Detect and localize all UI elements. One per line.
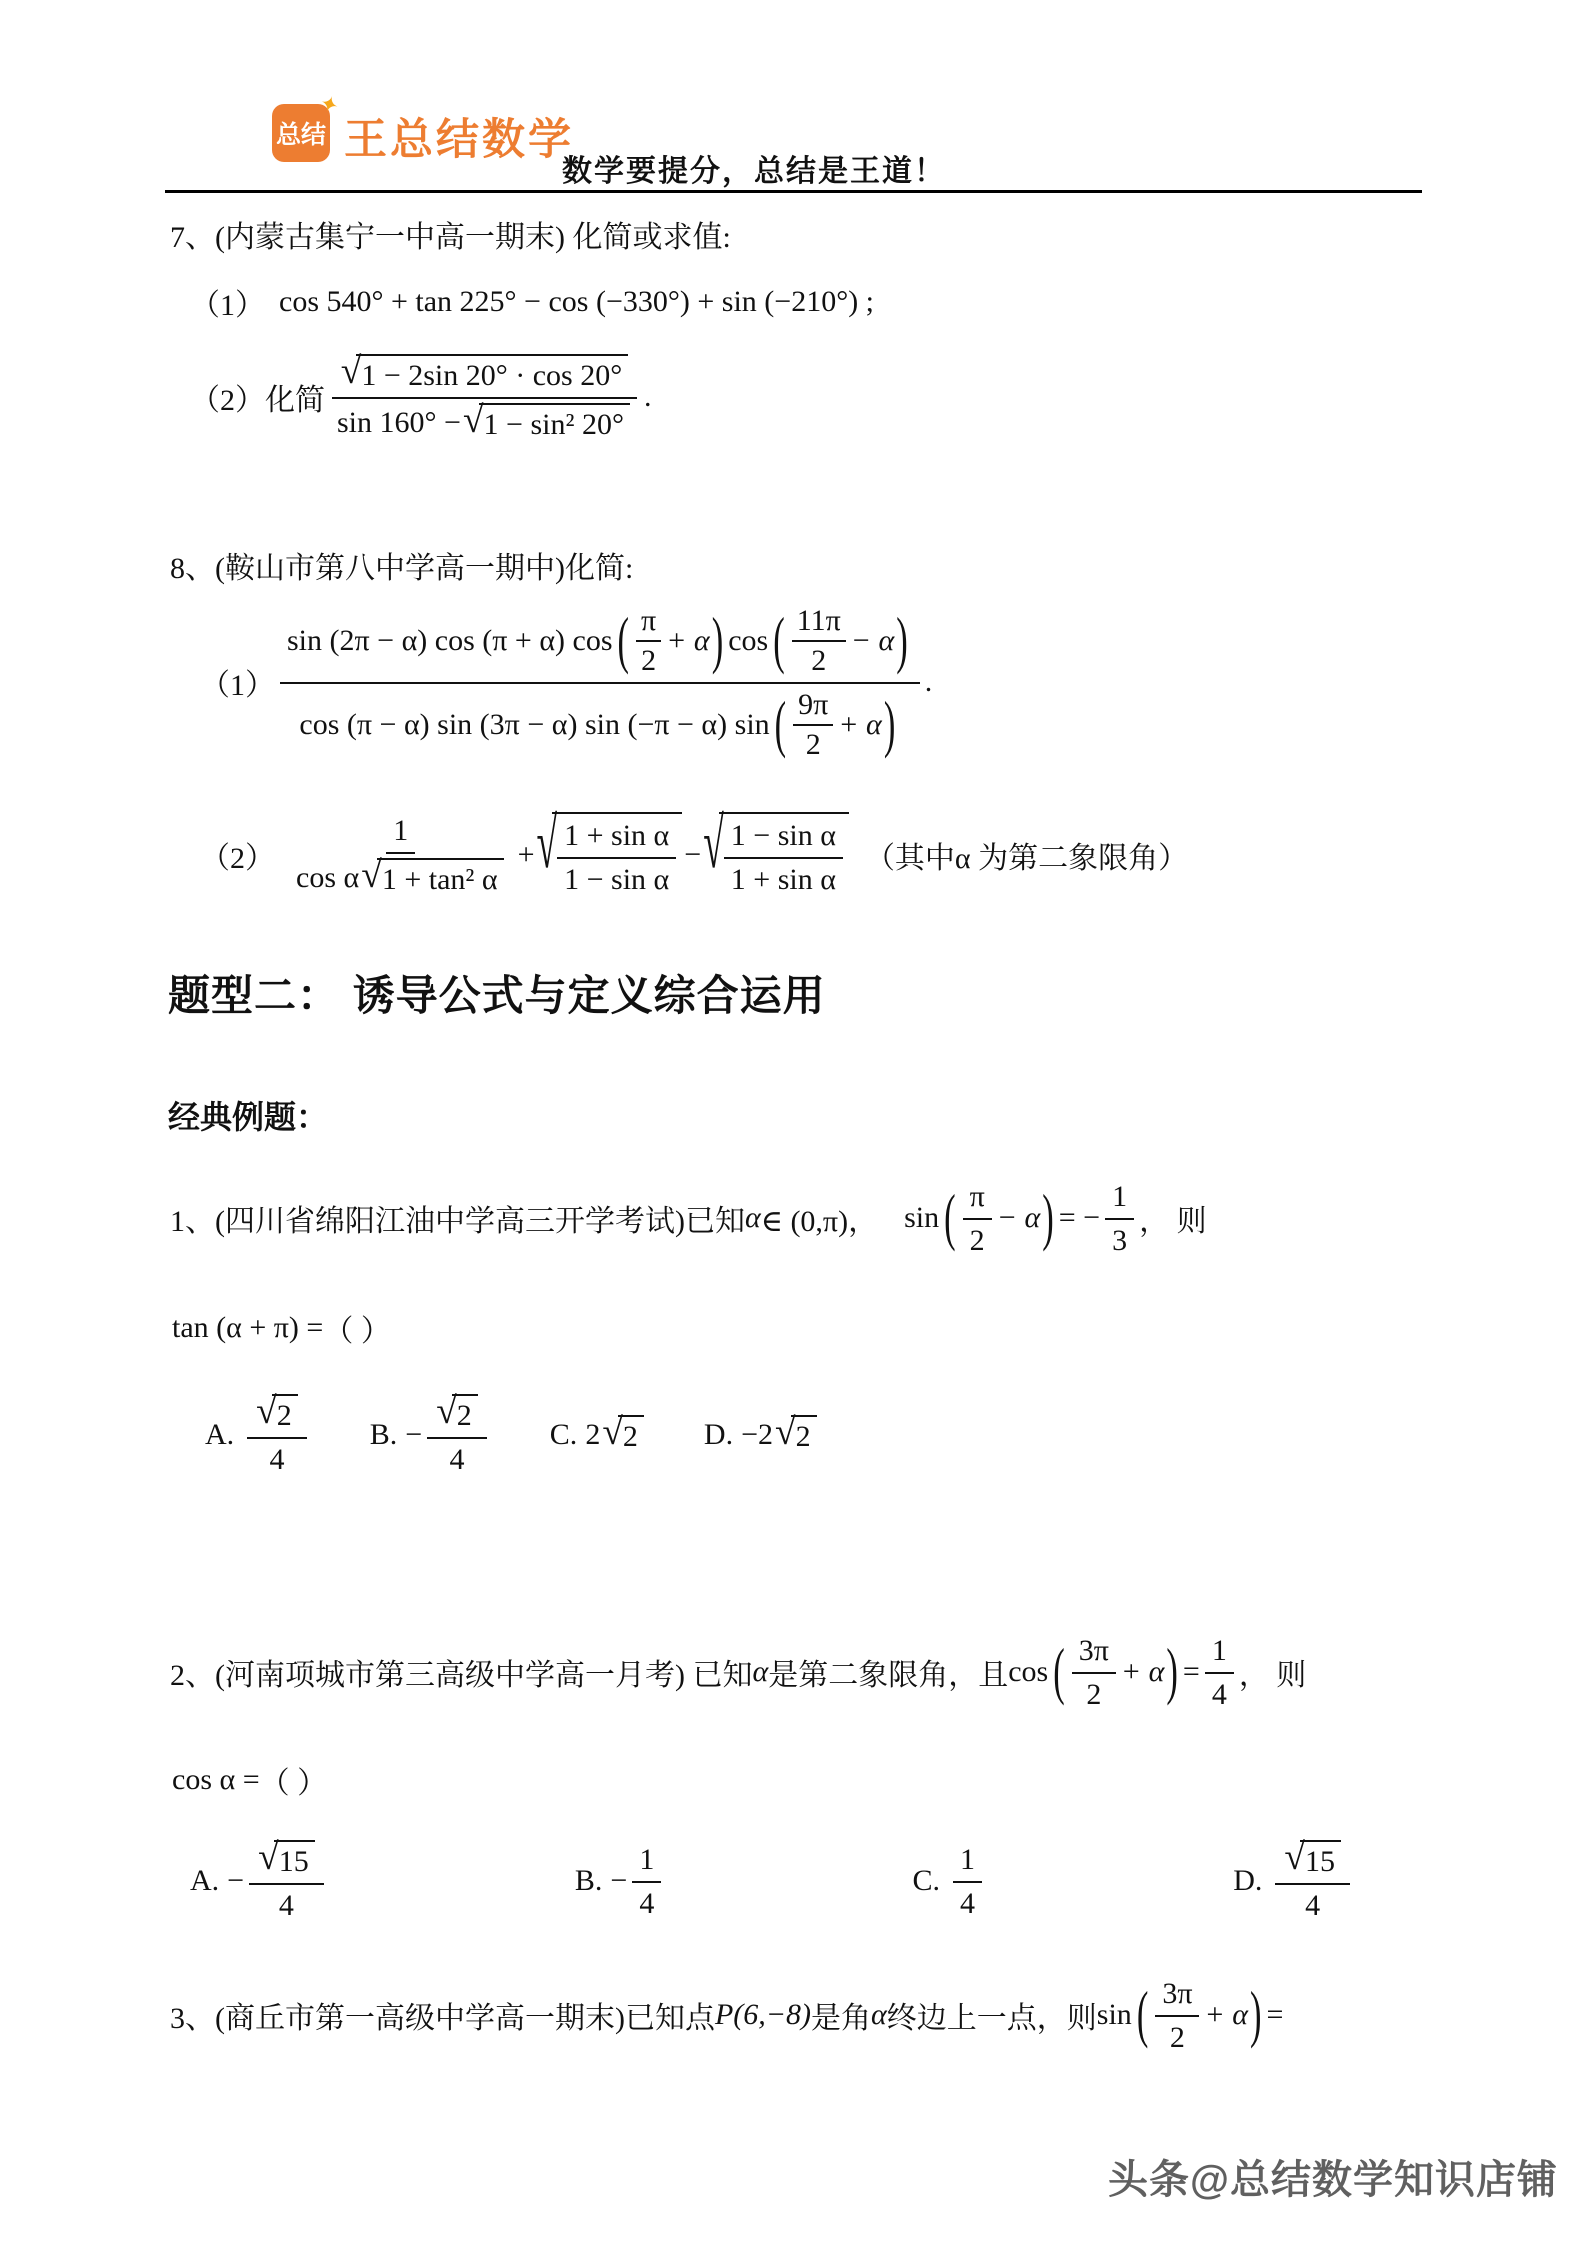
q2-optC-num: 1 — [953, 1841, 982, 1883]
q3-alpha: α — [871, 1998, 887, 2032]
q8-p1-den-pre: cos (π − α) sin (3π − α) sin (−π − α) si… — [299, 708, 769, 742]
q1-eq: = − — [1059, 1201, 1100, 1235]
q2-optD-den: 4 — [1298, 1885, 1327, 1923]
header-rule — [165, 190, 1422, 193]
right-paren: ) — [894, 609, 910, 673]
q1-alpha: α — [745, 1201, 761, 1235]
q8-p2-note: （其中α 为第二象限角） — [865, 833, 1188, 877]
q7-p2-den-radicand: 1 − sin² 20° — [479, 403, 630, 442]
q2-answer-blank: （ ） — [260, 1758, 328, 1802]
q8-t3-num: 1 − sin α — [724, 817, 843, 859]
right-paren: ) — [882, 693, 898, 757]
crown-icon: ✦ — [316, 90, 342, 120]
q2-optA-den: 4 — [272, 1885, 301, 1923]
q1-then: ， 则 — [1139, 1196, 1207, 1240]
q1-line2: tan (α + π) = （ ） — [172, 1306, 391, 1350]
q7-part2: （2）化简 √ 1 − 2sin 20° · cos 20° sin 160° … — [190, 352, 651, 442]
q3-paren-group: ( 3π 2 + α ) — [1135, 1975, 1264, 2055]
q2-optA-label: A. — [190, 1864, 219, 1898]
q8-f2-num: 11π — [792, 604, 846, 642]
header-slogan: 数学要提分，总结是王道！ — [562, 146, 946, 190]
q8-p1-numerator: sin (2π − α) cos (π + α) cos ( π 2 + α )… — [280, 602, 920, 684]
q1-optD-label: D. — [704, 1418, 733, 1452]
q3-f-num: 3π — [1155, 1975, 1199, 2017]
q8-p1-num-mid: cos — [728, 624, 768, 658]
q3-mid: 是角 — [811, 1993, 871, 2037]
q2-option-b: B. − 1 4 — [575, 1841, 666, 1921]
q3-eq: = — [1266, 1998, 1283, 2032]
q3-tail: 终边上一点，则 — [887, 1993, 1097, 2037]
right-paren: ) — [710, 609, 726, 673]
q8-p1-fraction: sin (2π − α) cos (π + α) cos ( π 2 + α )… — [280, 602, 920, 762]
q2-f1-den: 2 — [1079, 1674, 1108, 1712]
q1-f2-num: 1 — [1105, 1178, 1134, 1220]
q8-f1-tail: + α — [666, 624, 710, 658]
q8-f3-den: 2 — [801, 726, 826, 762]
q2-intro: 2、(河南项城市第三高级中学高一月考) 已知 — [170, 1650, 752, 1694]
q2-cos: cos — [1008, 1655, 1048, 1689]
q1-optA-den: 4 — [262, 1439, 291, 1477]
q7-title-text: 7、(内蒙古集宁一中高一期末) 化简或求值: — [170, 212, 731, 256]
q2-option-a: A. − √15 4 — [190, 1838, 329, 1923]
q2-options: A. − √15 4 B. − 1 4 C. 1 4 D. — [190, 1838, 1355, 1923]
left-paren: ( — [616, 609, 632, 673]
q2-eq: = — [1183, 1655, 1200, 1689]
q1-line2-fn: tan (α + π) = — [172, 1311, 323, 1345]
logo-badge: ✦ 总结 — [272, 104, 330, 162]
q2-f2-den: 4 — [1205, 1674, 1234, 1712]
q8-part1: （1） sin (2π − α) cos (π + α) cos ( π 2 +… — [200, 602, 932, 762]
logo-name: 王总结数学 — [344, 106, 574, 167]
q8-p1-paren-group-2: ( 11π 2 − α ) — [771, 604, 910, 678]
left-paren: ( — [942, 1186, 958, 1250]
section-subheading: 经典例题： — [168, 1092, 328, 1138]
q1-optD-pre: −2 — [741, 1418, 773, 1452]
q8-f3-tail: + α — [838, 708, 882, 742]
q3-sin: sin — [1097, 1998, 1132, 2032]
q1-inset: ∈ (0,π)， — [761, 1196, 878, 1240]
q1-optA-radicand: 2 — [272, 1394, 298, 1433]
q8-f1-den: 2 — [636, 642, 661, 678]
q3-f-den: 2 — [1163, 2017, 1192, 2055]
q1-option-c: C. 2 √2 — [550, 1415, 646, 1454]
q2-optB-minus: − — [610, 1864, 627, 1898]
q7-p2-sqrt-numerator: √ 1 − 2sin 20° · cos 20° — [341, 354, 629, 393]
q2-optD-label: D. — [1233, 1864, 1262, 1898]
q1-line1: 1、(四川省绵阳江油中学高三开学考试)已知 α ∈ (0,π)， sin ( π… — [170, 1178, 1207, 1258]
q8-t2-num: 1 + sin α — [557, 817, 676, 859]
q7-p2-num-radicand: 1 − 2sin 20° · cos 20° — [356, 354, 628, 393]
q1-value-frac: 1 3 — [1105, 1178, 1134, 1258]
q8-f2-tail: − α — [851, 624, 895, 658]
q8-t3-den: 1 + sin α — [724, 859, 843, 897]
q7-p2-den-pre: sin 160° − — [337, 406, 461, 440]
section-heading: 题型二： 诱导公式与定义综合运用 — [168, 963, 826, 1023]
q7-p1-label: （1） — [190, 280, 265, 324]
q8-t1-num: 1 — [386, 812, 415, 854]
q7-p2-period: . — [644, 380, 652, 414]
q1-optC-radicand: 2 — [618, 1415, 644, 1454]
q7-title: 7、(内蒙古集宁一中高一期末) 化简或求值: — [170, 212, 731, 256]
q8-t2-den: 1 − sin α — [557, 859, 676, 897]
q2-line2: cos α = （ ） — [172, 1758, 327, 1802]
left-paren: ( — [1135, 1983, 1151, 2047]
q8-p2-term3: √ 1 − sin α 1 + sin α — [703, 812, 849, 897]
q2-value-frac: 1 4 — [1205, 1632, 1234, 1712]
left-paren: ( — [773, 693, 789, 757]
q8-f1-num: π — [636, 604, 661, 642]
q1-f1-tail: − α — [997, 1201, 1041, 1235]
q3-f-tail: + α — [1204, 1998, 1248, 2032]
q8-p1-paren-group-1: ( π 2 + α ) — [616, 604, 726, 678]
q1-optB-den: 4 — [443, 1439, 472, 1477]
q1-f2-den: 3 — [1105, 1220, 1134, 1258]
q1-option-b: B. − √2 4 — [370, 1392, 492, 1477]
q2-optC-label: C. — [913, 1864, 941, 1898]
q7-p2-fraction: √ 1 − 2sin 20° · cos 20° sin 160° − √ 1 … — [330, 352, 639, 442]
q8-p1-label: （1） — [200, 660, 275, 704]
q3-line: 3、(商丘市第一高级中学高一期末)已知点 P(6,−8) 是角 α 终边上一点，… — [170, 1975, 1283, 2055]
left-paren: ( — [1051, 1640, 1067, 1704]
q1-optD-radicand: 2 — [791, 1415, 817, 1454]
q8-t1-radicand: 1 + tan² α — [377, 858, 504, 897]
q2-optA-radicand: 15 — [274, 1840, 315, 1879]
q8-p2-term1: 1 cos α √ 1 + tan² α — [289, 812, 513, 897]
q1-optC-pre: 2 — [585, 1418, 600, 1452]
q8-p1-denominator: cos (π − α) sin (3π − α) sin (−π − α) si… — [292, 684, 907, 762]
q8-title: 8、(鞍山市第八中学高一期中)化简: — [170, 543, 633, 587]
q2-optB-num: 1 — [632, 1841, 661, 1883]
q8-t1-den: cos α √ 1 + tan² α — [289, 854, 513, 897]
q1-f1-num: π — [963, 1178, 992, 1220]
left-paren: ( — [771, 609, 787, 673]
q8-t1-den-pre: cos α — [296, 861, 359, 895]
q2-line2-fn: cos α = — [172, 1763, 260, 1797]
q1-optC-label: C. — [550, 1418, 578, 1452]
q8-p2-term2: √ 1 + sin α 1 − sin α — [537, 812, 683, 897]
q2-paren-group: ( 3π 2 + α ) — [1051, 1632, 1180, 1712]
q8-title-text: 8、(鞍山市第八中学高一期中)化简: — [170, 543, 633, 587]
q2-f2-num: 1 — [1205, 1632, 1234, 1674]
q8-p2-label: （2） — [200, 833, 275, 877]
q7-p2-sqrt-denominator: √ 1 − sin² 20° — [463, 403, 630, 442]
q1-f1-den: 2 — [963, 1220, 992, 1258]
q2-option-d: D. √15 4 — [1233, 1838, 1355, 1923]
q2-optC-den: 4 — [953, 1883, 982, 1921]
q2-optA-minus: − — [227, 1864, 244, 1898]
q1-optB-label: B. — [370, 1418, 398, 1452]
q2-f1-num: 3π — [1072, 1632, 1116, 1674]
q1-optB-radicand: 2 — [452, 1394, 478, 1433]
q3-intro: 3、(商丘市第一高级中学高一期末)已知点 — [170, 1993, 715, 2037]
right-paren: ) — [1164, 1640, 1180, 1704]
q2-option-c: C. 1 4 — [913, 1841, 988, 1921]
q1-optA-label: A. — [205, 1418, 234, 1452]
q2-optB-label: B. — [575, 1864, 603, 1898]
q1-answer-blank: （ ） — [323, 1306, 391, 1350]
q2-optB-den: 4 — [632, 1883, 661, 1921]
radical-icon: √ — [537, 812, 558, 880]
q3-point: P(6,−8) — [715, 1998, 811, 2032]
q8-t1-sqrt: √ 1 + tan² α — [361, 858, 503, 897]
q8-p2-plus: + — [518, 838, 535, 872]
radical-icon: √ — [703, 812, 724, 880]
q2-then: ， 则 — [1239, 1650, 1307, 1694]
q2-alpha: α — [752, 1655, 768, 1689]
q8-part2: （2） 1 cos α √ 1 + tan² α + √ 1 + sin α 1… — [200, 812, 1188, 897]
q2-optD-radicand: 15 — [1300, 1840, 1341, 1879]
q8-p2-minus: − — [684, 838, 701, 872]
logo-badge-text: 总结 — [276, 115, 326, 151]
watermark: 头条@总结数学知识店铺 — [1108, 2148, 1558, 2205]
q1-optB-minus: − — [405, 1418, 422, 1452]
q2-f1-tail: + α — [1121, 1655, 1165, 1689]
q8-p1-period: . — [925, 665, 933, 699]
q1-options: A. √2 4 B. − √2 4 C. 2 √2 D. — [205, 1392, 819, 1477]
q8-p1-paren-group-3: ( 9π 2 + α ) — [773, 688, 898, 762]
q1-option-a: A. √2 4 — [205, 1392, 312, 1477]
worksheet-page: ✦ 总结 王总结数学 数学要提分，总结是王道！ 7、(内蒙古集宁一中高一期末) … — [0, 0, 1587, 2245]
right-paren: ) — [1040, 1186, 1056, 1250]
q7-part1: （1） cos 540° + tan 225° − cos (−330°) + … — [190, 280, 874, 324]
q2-line1: 2、(河南项城市第三高级中学高一月考) 已知 α 是第二象限角，且 cos ( … — [170, 1632, 1306, 1712]
right-paren: ) — [1248, 1983, 1264, 2047]
q1-sin: sin — [904, 1201, 939, 1235]
q8-p1-num-pre: sin (2π − α) cos (π + α) cos — [287, 624, 613, 658]
q8-f2-den: 2 — [806, 642, 831, 678]
q7-p2-label: （2）化简 — [190, 375, 325, 419]
q8-f3-num: 9π — [793, 688, 833, 726]
q7-p1-formula: cos 540° + tan 225° − cos (−330°) + sin … — [279, 285, 874, 319]
q2-cond: 是第二象限角，且 — [768, 1650, 1008, 1694]
q1-intro: 1、(四川省绵阳江油中学高三开学考试)已知 — [170, 1196, 745, 1240]
q1-paren-group: ( π 2 − α ) — [942, 1178, 1056, 1258]
q1-option-d: D. −2 √2 — [704, 1415, 819, 1454]
